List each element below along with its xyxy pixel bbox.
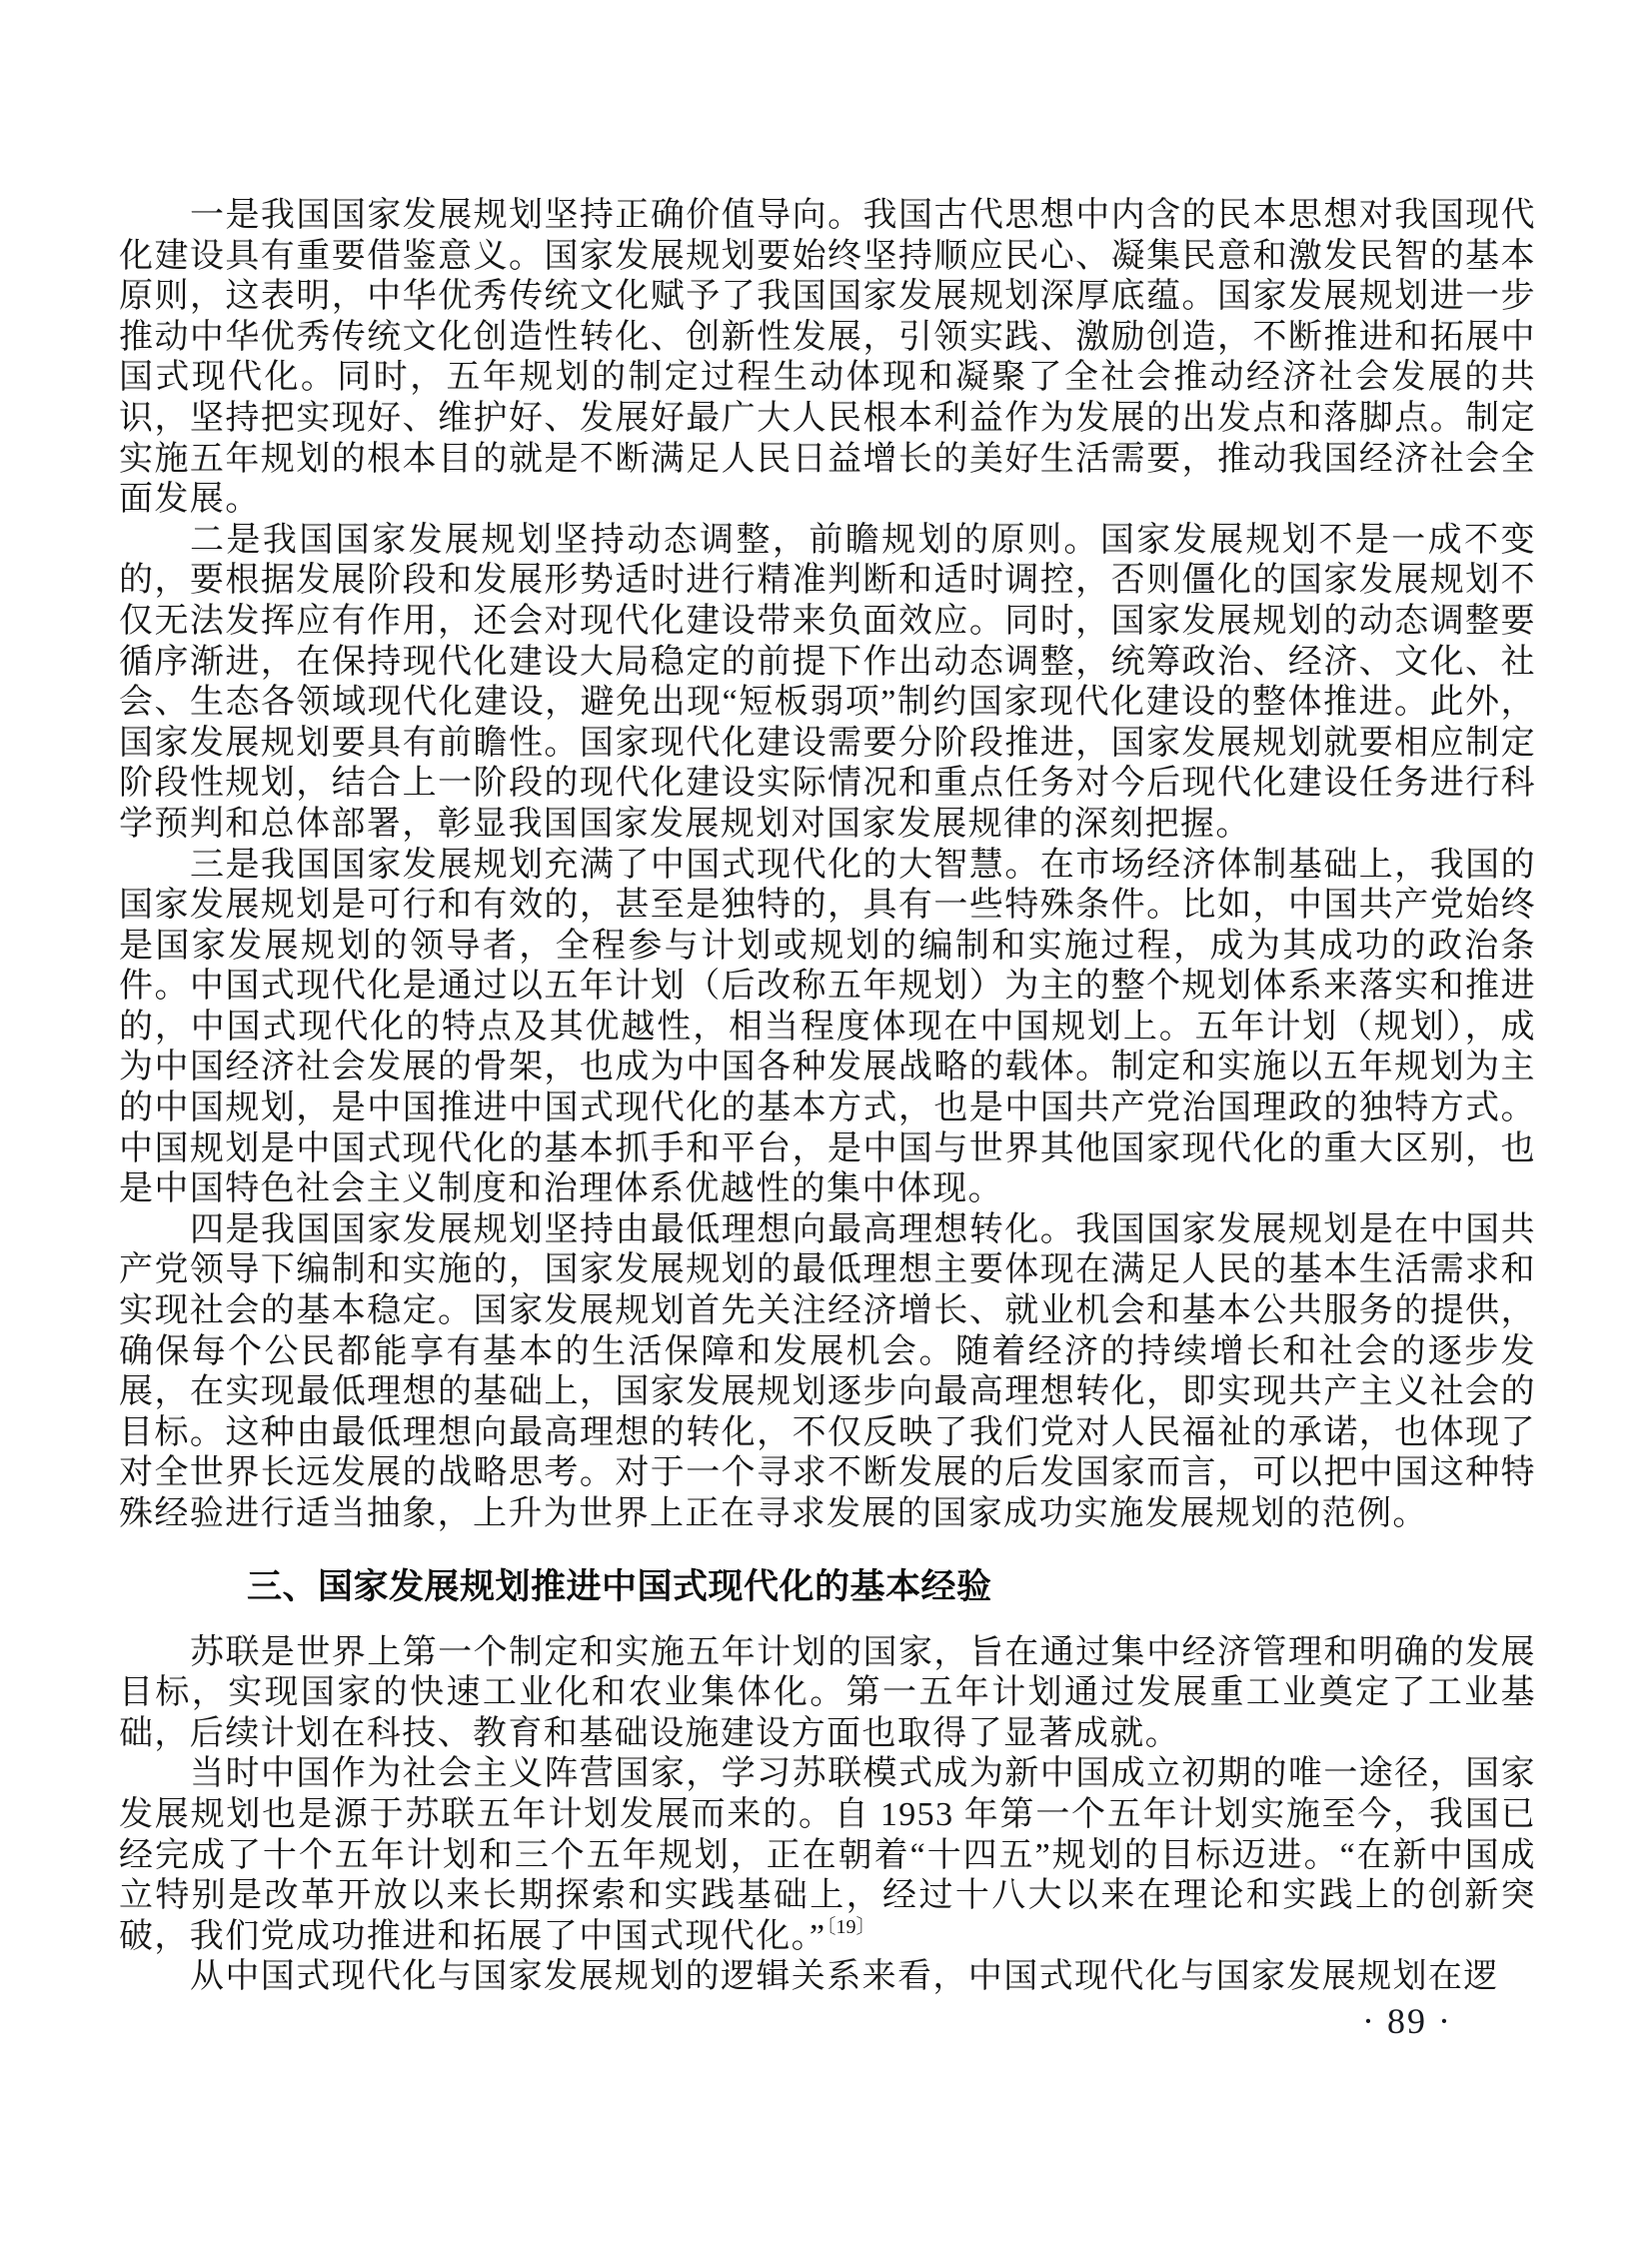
page-number: · 89 · xyxy=(119,2002,1536,2040)
section-heading: 三、国家发展规划推进中国式现代化的基本经验 xyxy=(247,1563,1536,1611)
paragraph-logic-relation: 从中国式现代化与国家发展规划的逻辑关系来看，中国式现代化与国家发展规划在逻 xyxy=(119,1957,1536,1998)
paragraph-china-learning: 当时中国作为社会主义阵营国家，学习苏联模式成为新中国成立初期的唯一途径，国家发展… xyxy=(119,1754,1536,1957)
paragraph-point-one: 一是我国国家发展规划坚持正确价值导向。我国古代思想中内含的民本思想对我国现代化建… xyxy=(119,196,1536,521)
paragraph-point-two: 二是我国国家发展规划坚持动态调整，前瞻规划的原则。国家发展规划不是一成不变的，要… xyxy=(119,521,1536,846)
paragraph-point-three: 三是我国国家发展规划充满了中国式现代化的大智慧。在市场经济体制基础上，我国的国家… xyxy=(119,846,1536,1210)
paragraph-soviet-plan: 苏联是世界上第一个制定和实施五年计划的国家，旨在通过集中经济管理和明确的发展目标… xyxy=(119,1633,1536,1755)
paragraph-point-four: 四是我国国家发展规划坚持由最低理想向最高理想转化。我国国家发展规划是在中国共产党… xyxy=(119,1210,1536,1535)
citation-ref-19: 〔19〕 xyxy=(826,1916,876,1938)
document-page: 一是我国国家发展规划坚持正确价值导向。我国古代思想中内含的民本思想对我国现代化建… xyxy=(119,196,1536,2040)
